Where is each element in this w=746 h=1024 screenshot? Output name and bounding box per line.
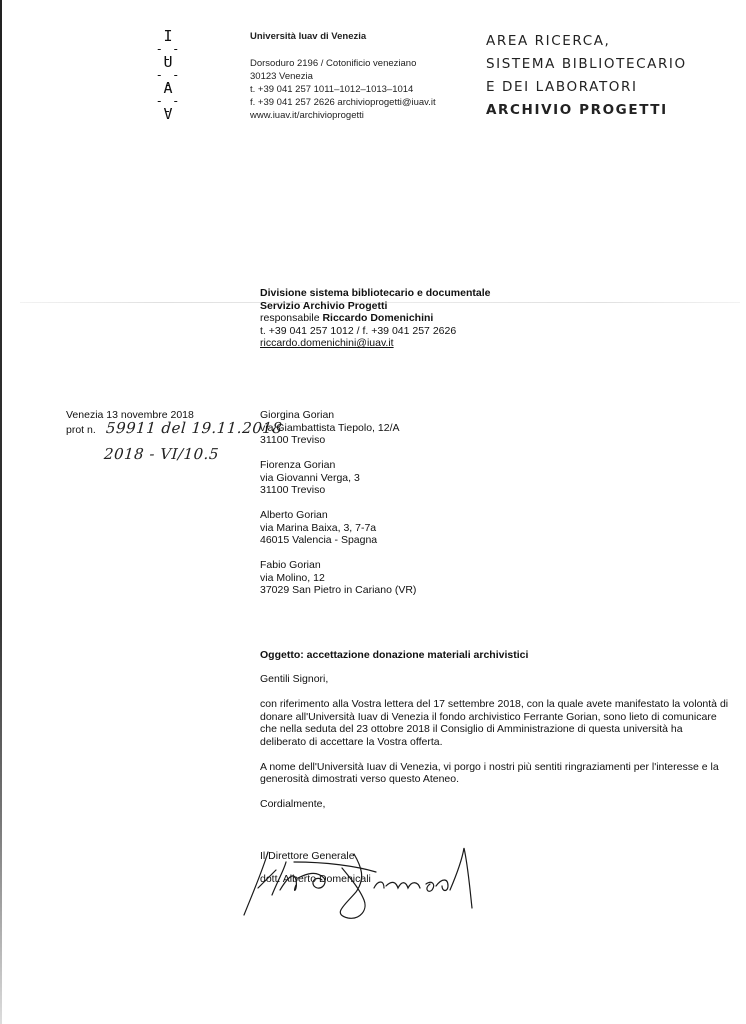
recipient-street: via Molino, 12 [260, 572, 416, 585]
recipient-name: Fabio Gorian [260, 559, 416, 572]
recipients-block: Giorgina Gorian via Giambattista Tiepolo… [260, 409, 416, 609]
recipient-city: 37029 San Pietro in Cariano (VR) [260, 584, 416, 597]
sender-email-link[interactable]: riccardo.domenichini@iuav.it [260, 337, 394, 349]
university-address-block: Università Iuav di Venezia Dorsoduro 219… [250, 30, 436, 122]
university-name: Università Iuav di Venezia [250, 30, 436, 43]
service-name: Servizio Archivio Progetti [260, 300, 491, 313]
letter-body: Gentili Signori, con riferimento alla Vo… [260, 673, 730, 823]
handwritten-signature [236, 840, 476, 930]
recipient-name: Giorgina Gorian [260, 409, 416, 422]
responsible-name: Riccardo Domenichini [322, 312, 433, 324]
recipient-street: via Marina Baixa, 3, 7-7a [260, 522, 416, 535]
body-paragraph: A nome dell'Università Iuav di Venezia, … [260, 761, 730, 786]
area-line: E DEI LABORATORI [486, 76, 687, 99]
protocol-number-handwritten: 59911 del 19.11.2018 [105, 422, 282, 435]
archive-title: ARCHIVIO PROGETTI [486, 99, 687, 122]
classification-handwritten: 2018 - VI/10.5 [103, 445, 219, 463]
recipient: Giorgina Gorian via Giambattista Tiepolo… [260, 409, 416, 447]
area-line: AREA RICERCA, [486, 30, 687, 53]
letter-subject: Oggetto: accettazione donazione material… [260, 649, 528, 662]
department-heading: AREA RICERCA, SISTEMA BIBLIOTECARIO E DE… [486, 30, 687, 122]
recipient-name: Fiorenza Gorian [260, 459, 416, 472]
responsible-label: responsabile [260, 312, 322, 324]
address-line: Dorsoduro 2196 / Cotonificio veneziano [250, 57, 436, 70]
date-protocol-block: Venezia 13 novembre 2018 prot n. 59911 d… [66, 409, 282, 436]
scan-edge [0, 0, 2, 1024]
sender-phone: t. +39 041 257 1012 / f. +39 041 257 262… [260, 325, 491, 338]
body-paragraph: con riferimento alla Vostra lettera del … [260, 698, 730, 748]
recipient-city: 31100 Treviso [260, 484, 416, 497]
protocol-label: prot n. [66, 424, 96, 437]
website-line: www.iuav.it/archivioprogetti [250, 109, 436, 122]
area-line: SISTEMA BIBLIOTECARIO [486, 53, 687, 76]
recipient-street: via Giambattista Tiepolo, 12/A [260, 422, 416, 435]
logo-letter: V [148, 106, 188, 122]
recipient: Fiorenza Gorian via Giovanni Verga, 3 31… [260, 459, 416, 497]
iuav-logo: I - - - U - - - A - - - V [148, 28, 188, 122]
recipient: Alberto Gorian via Marina Baixa, 3, 7-7a… [260, 509, 416, 547]
phone-line: t. +39 041 257 1011–1012–1013–1014 [250, 83, 436, 96]
closing: Cordialmente, [260, 798, 730, 811]
recipient-city: 46015 Valencia - Spagna [260, 534, 416, 547]
recipient: Fabio Gorian via Molino, 12 37029 San Pi… [260, 559, 416, 597]
greeting: Gentili Signori, [260, 673, 730, 686]
recipient-street: via Giovanni Verga, 3 [260, 472, 416, 485]
recipient-city: 31100 Treviso [260, 434, 416, 447]
responsible-line: responsabile Riccardo Domenichini [260, 312, 491, 325]
fax-email-line: f. +39 041 257 2626 archivioprogetti@iua… [250, 96, 436, 109]
recipient-name: Alberto Gorian [260, 509, 416, 522]
division-name: Divisione sistema bibliotecario e docume… [260, 287, 491, 300]
sender-block: Divisione sistema bibliotecario e docume… [260, 287, 491, 350]
address-line: 30123 Venezia [250, 70, 436, 83]
